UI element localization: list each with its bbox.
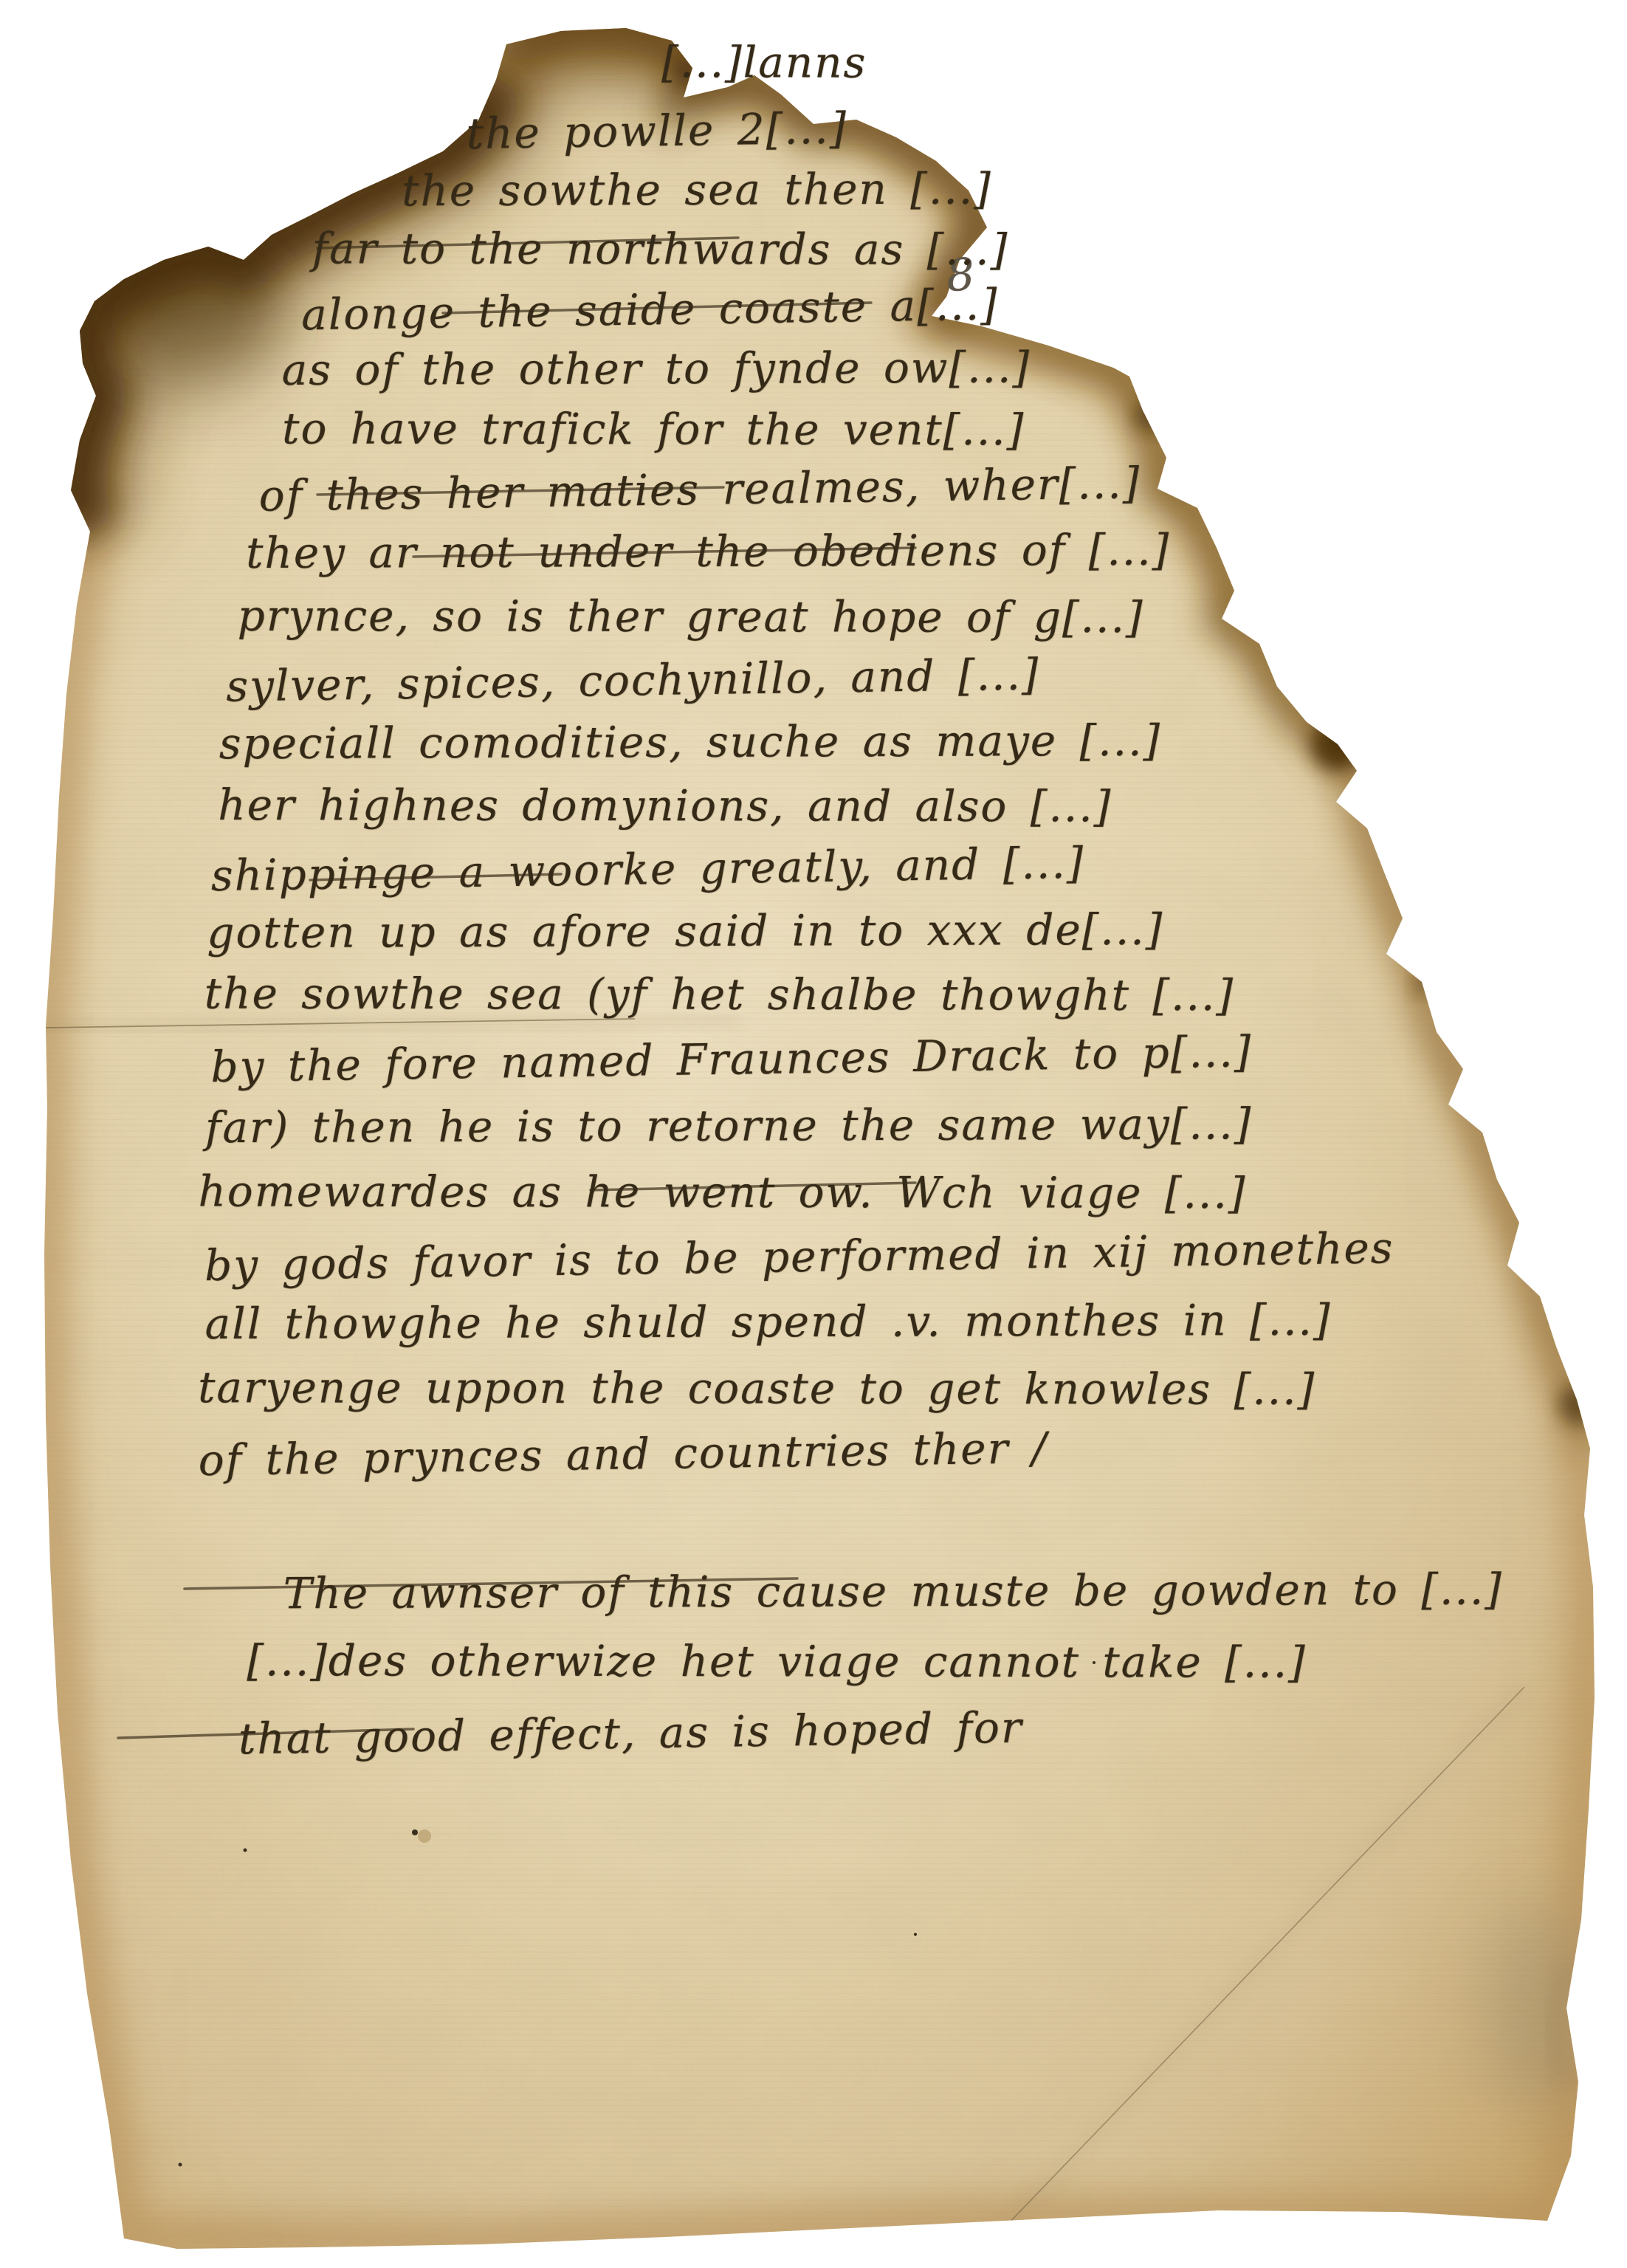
manuscript-line: gotten up as afore said in to xxx de[...… — [207, 904, 1163, 958]
manuscript-line: speciall comodities, suche as maye [...] — [219, 715, 1162, 769]
manuscript-line: shippinge a woorke greatly, and [...] — [210, 838, 1084, 901]
manuscript-line: her highnes domynions, and also [...] — [218, 780, 1112, 831]
manuscript-line: all thowghe he shuld spend .v. monthes i… — [204, 1295, 1331, 1349]
manuscript-line: by gods favor is to be performed in xij … — [204, 1223, 1394, 1291]
manuscript-line: that good effect, as is hoped for — [238, 1702, 1024, 1764]
manuscript-page: 8 [...]lanns the powlle 2[...] the sowth… — [0, 0, 1627, 2268]
manuscript-line: by the fore named Fraunces Drack to p[..… — [210, 1026, 1253, 1092]
manuscript-line: [...]lanns — [661, 37, 867, 87]
manuscript-line: of the prynces and countries ther / — [198, 1423, 1048, 1485]
manuscript-line: sylver, spices, cochynillo, and [...] — [226, 649, 1040, 711]
manuscript-line: alonge the saide coaste a[...] — [301, 279, 999, 340]
manuscript-line: [...]des otherwize het viage cannot take… — [247, 1635, 1306, 1688]
manuscript-line: far) then he is to retorne the same way[… — [205, 1099, 1253, 1152]
manuscript-line: of thes her maties realmes, wher[...] — [258, 458, 1141, 521]
manuscript-line: the sowthe sea then [...] — [402, 164, 992, 216]
manuscript-line: The awnser of this cause muste be gowden… — [283, 1564, 1503, 1618]
manuscript-line: the powlle 2[...] — [466, 103, 847, 159]
manuscript-line: they ar not under the obediens of [...] — [246, 525, 1170, 578]
manuscript-line: far to the northwards as [...] — [312, 223, 1009, 275]
manuscript-line: homewardes as he went ow. Wch viage [...… — [198, 1166, 1246, 1218]
manuscript-line: prynce, so is ther great hope of g[...] — [238, 591, 1144, 642]
manuscript-line: the sowthe sea (yf het shalbe thowght [.… — [204, 969, 1234, 1020]
manuscript-line: as of the other to fynde ow[...] — [282, 343, 1031, 396]
manuscript-line: to have trafick for the vent[...] — [282, 403, 1025, 455]
manuscript-line: taryenge uppon the coaste to get knowles… — [198, 1362, 1315, 1415]
manuscript-text: [...]lanns the powlle 2[...] the sowthe … — [0, 0, 1627, 2268]
